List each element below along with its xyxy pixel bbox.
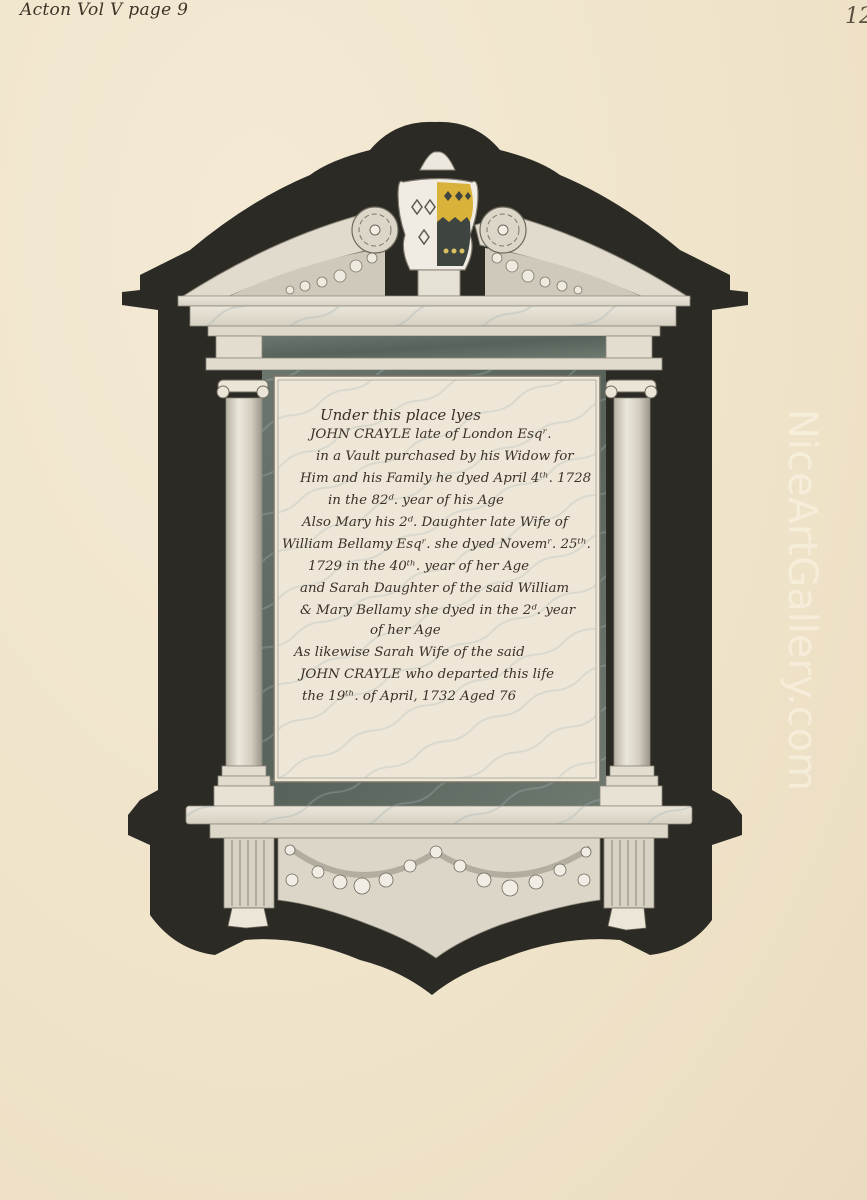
cornice [178,296,690,370]
inscription-line: William Bellamy Esqʳ. she dyed Novemʳ. 2… [282,534,591,556]
inscription-line: As likewise Sarah Wife of the said [294,642,525,664]
inscription-line: and Sarah Daughter of the said William [300,578,569,600]
inscription-line: in the 82ᵈ. year of his Age [328,490,504,512]
base-shelf [186,806,692,838]
inscription-line: the 19ᵗʰ. of April, 1732 Aged 76 [302,686,516,708]
inscription-line: & Mary Bellamy she dyed in the 2ᵈ. year [300,600,575,622]
rosette-right [480,207,526,253]
inscription-line: of her Age [370,620,441,642]
inscription-line: JOHN CRAYLE who departed this life [300,664,554,686]
inscription-line: Under this place lyes [320,404,481,426]
inscription-line: JOHN CRAYLE late of London Esqʳ. [310,424,552,446]
inscription-line: 1729 in the 40ᵗʰ. year of her Age [308,556,529,578]
rosette-left [352,207,398,253]
inscription-line: in a Vault purchased by his Widow for [316,446,574,468]
watermark: NiceArtGallery.com [772,405,832,795]
inscription-line: Him and his Family he dyed April 4ᵗʰ. 17… [300,468,591,490]
inscription-line: Also Mary his 2ᵈ. Daughter late Wife of [302,512,568,534]
inscription-text: Under this place lyes JOHN CRAYLE late o… [276,404,600,776]
